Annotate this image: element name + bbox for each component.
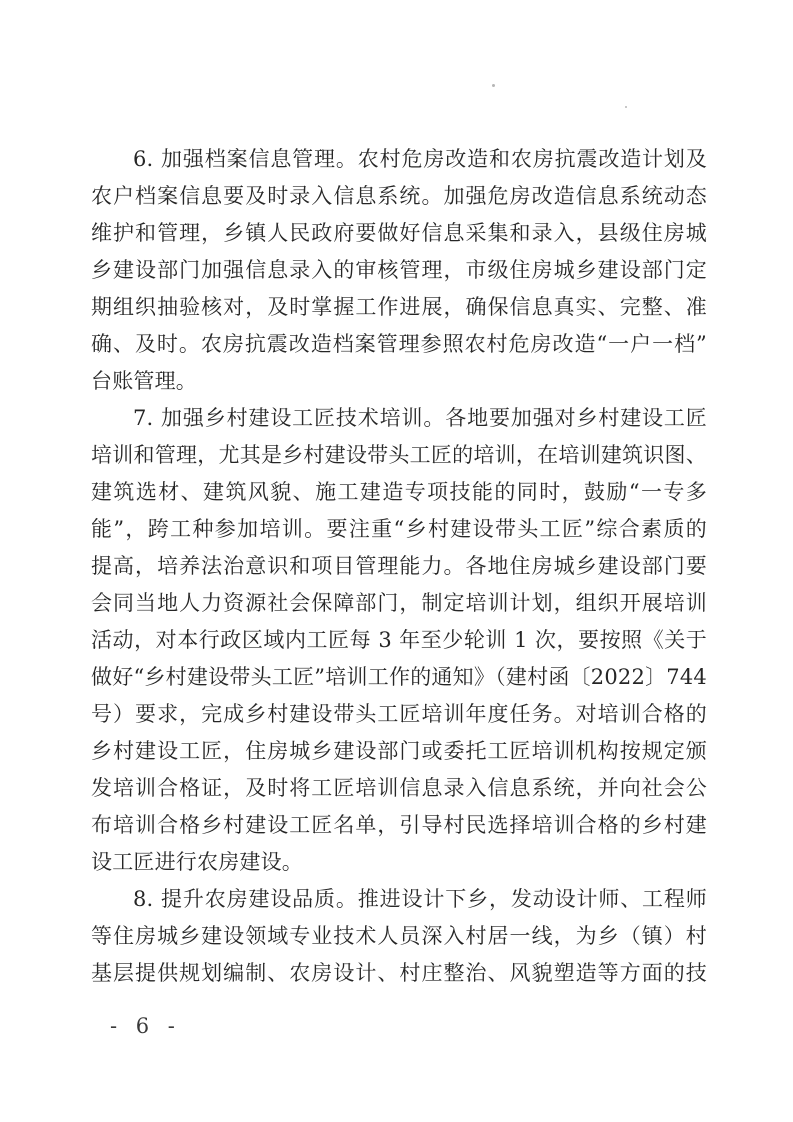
text-line: 基层提供规划编制、农房设计、村庄整治、风貌塑造等方面的技 [91,955,707,992]
scan-speck [625,106,627,108]
page-number: - 6 - [110,1014,178,1038]
text-line: 乡村建设工匠，住房城乡建设部门或委托工匠培训机构按规定颁 [91,733,707,770]
text-line: 发培训合格证，及时将工匠培训信息录入信息系统，并向社会公 [91,770,707,807]
paragraph-item-6: 6. 加强档案信息管理。农村危房改造和农房抗震改造计划及 农户档案信息要及时录入… [91,141,707,400]
text-line: 台账管理。 [91,363,707,400]
text-line: 期组织抽验核对，及时掌握工作进展，确保信息真实、完整、准 [91,289,707,326]
document-body: 6. 加强档案信息管理。农村危房改造和农房抗震改造计划及 农户档案信息要及时录入… [91,141,707,992]
text-line: 维护和管理，乡镇人民政府要做好信息采集和录入，县级住房城 [91,215,707,252]
text-line: 培训和管理，尤其是乡村建设带头工匠的培训，在培训建筑识图、 [91,437,707,474]
text-line: 号）要求，完成乡村建设带头工匠培训年度任务。对培训合格的 [91,696,707,733]
text-line: 会同当地人力资源社会保障部门，制定培训计划，组织开展培训 [91,585,707,622]
paragraph-item-7: 7. 加强乡村建设工匠技术培训。各地要加强对乡村建设工匠 培训和管理，尤其是乡村… [91,400,707,881]
text-line: 农户档案信息要及时录入信息系统。加强危房改造信息系统动态 [91,178,707,215]
paragraph-item-8: 8. 提升农房建设品质。推进设计下乡，发动设计师、工程师 等住房城乡建设领域专业… [91,881,707,992]
text-line: 建筑选材、建筑风貌、施工建造专项技能的同时，鼓励“一专多 [91,474,707,511]
text-line: 6. 加强档案信息管理。农村危房改造和农房抗震改造计划及 [91,141,707,178]
text-line: 做好“乡村建设带头工匠”培训工作的通知》（建村函〔2022〕744 [91,659,707,696]
text-line: 8. 提升农房建设品质。推进设计下乡，发动设计师、工程师 [91,881,707,918]
text-line: 活动，对本行政区域内工匠每 3 年至少轮训 1 次，要按照《关于 [91,622,707,659]
text-line: 确、及时。农房抗震改造档案管理参照农村危房改造“一户一档” [91,326,707,363]
text-line: 提高，培养法治意识和项目管理能力。各地住房城乡建设部门要 [91,548,707,585]
text-line: 乡建设部门加强信息录入的审核管理，市级住房城乡建设部门定 [91,252,707,289]
text-line: 7. 加强乡村建设工匠技术培训。各地要加强对乡村建设工匠 [91,400,707,437]
text-line: 设工匠进行农房建设。 [91,844,707,881]
text-line: 等住房城乡建设领域专业技术人员深入村居一线，为乡（镇）村 [91,918,707,955]
text-line: 能”，跨工种参加培训。要注重“乡村建设带头工匠”综合素质的 [91,511,707,548]
text-line: 布培训合格乡村建设工匠名单，引导村民选择培训合格的乡村建 [91,807,707,844]
scan-speck [492,84,495,87]
document-page: 6. 加强档案信息管理。农村危房改造和农房抗震改造计划及 农户档案信息要及时录入… [0,0,793,1122]
